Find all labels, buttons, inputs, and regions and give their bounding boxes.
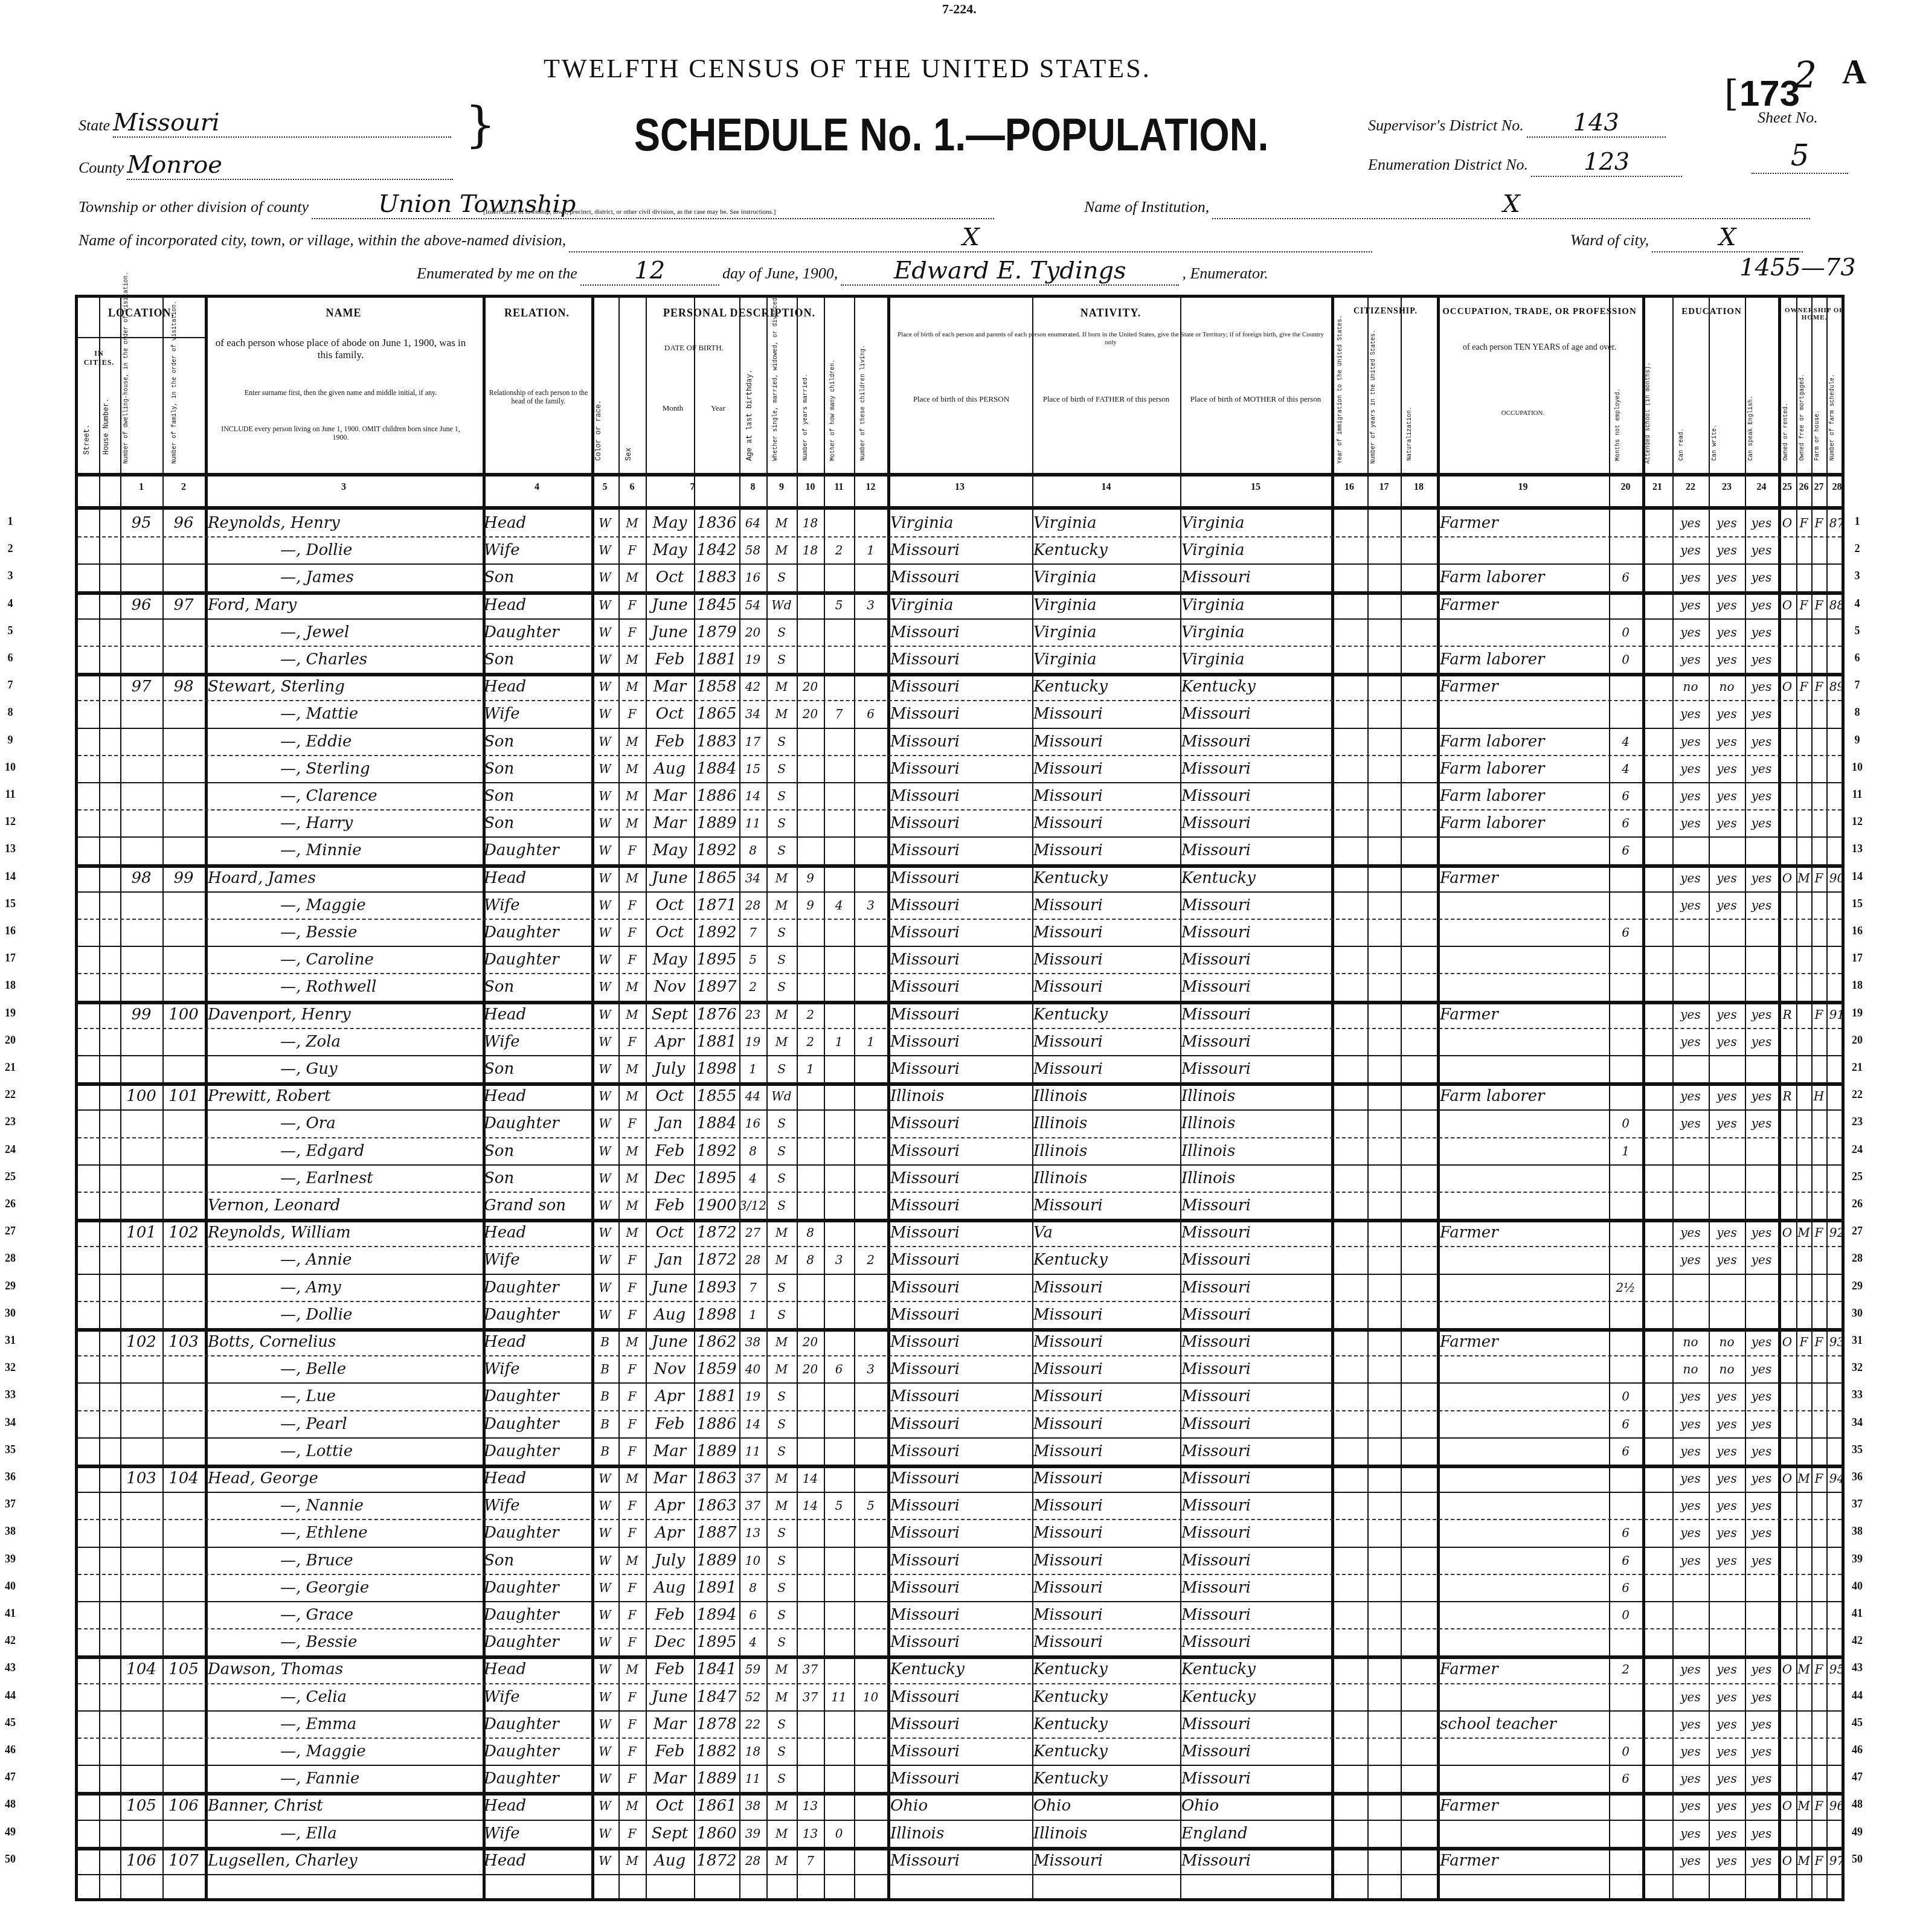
cell-bp-father: Missouri xyxy=(1033,728,1180,756)
cell-occupation: Farmer xyxy=(1440,1847,1609,1875)
census-table: LOCATION. IN CITIES. NAME of each person… xyxy=(75,295,1845,1901)
cell-marital: M xyxy=(766,1492,797,1520)
cell-relation: Son xyxy=(484,728,591,756)
cell-free xyxy=(1796,891,1811,919)
cell-school xyxy=(1642,1574,1672,1602)
cell-name: Ford, Mary xyxy=(208,591,483,619)
cell-relation: Daughter xyxy=(484,1274,591,1301)
cell-farm xyxy=(1811,1683,1826,1711)
cell-owned xyxy=(1778,919,1796,946)
cell-relation: Head xyxy=(484,1792,591,1820)
cell-school xyxy=(1642,1219,1672,1247)
cell-yrs-married: 20 xyxy=(797,673,824,701)
supervisor-district: Supervisor's District No. 143 xyxy=(1368,109,1666,138)
cell-bp-person: Virginia xyxy=(890,591,1032,619)
cell-free xyxy=(1796,1683,1811,1711)
cell-bp-person: Missouri xyxy=(890,1547,1032,1574)
row-number-left: 40 xyxy=(1,1572,19,1600)
cell-relation: Wife xyxy=(484,1028,591,1056)
cell-sex: F xyxy=(618,700,646,728)
cell-bp-father: Missouri xyxy=(1033,1601,1180,1629)
cell-bp-person: Missouri xyxy=(890,1492,1032,1520)
cell-bp-father: Illinois xyxy=(1033,1082,1180,1110)
cell-write: yes xyxy=(1709,1082,1745,1110)
cell-unemployed xyxy=(1609,1328,1642,1356)
cell-occupation: Farmer xyxy=(1440,1219,1609,1247)
cell-color: W xyxy=(591,536,618,564)
cell-english: yes xyxy=(1745,1738,1778,1765)
cell-free xyxy=(1796,1628,1811,1656)
cell-family xyxy=(162,973,205,1001)
cell-year: 1847 xyxy=(694,1683,739,1711)
cell-schedule xyxy=(1826,1765,1848,1792)
row-number-right: 3 xyxy=(1848,562,1866,589)
row-number-left: 43 xyxy=(1,1654,19,1681)
cell-living xyxy=(854,1628,887,1656)
cell-mother-of xyxy=(824,1301,854,1329)
cell-relation: Daughter xyxy=(484,946,591,974)
cell-mother-of xyxy=(824,646,854,673)
cell-read: yes xyxy=(1672,1547,1709,1574)
cell-read: yes xyxy=(1672,1410,1709,1438)
cell-farm: H xyxy=(1811,1082,1826,1110)
cell-occupation xyxy=(1440,1492,1609,1520)
cell-read: yes xyxy=(1672,1710,1709,1738)
cell-occupation xyxy=(1440,1301,1609,1329)
cell-family xyxy=(162,618,205,646)
cell-english xyxy=(1745,1055,1778,1083)
row-number-right: 41 xyxy=(1848,1599,1866,1627)
column-number: 10 xyxy=(797,482,824,493)
cell-farm xyxy=(1811,1109,1826,1137)
cell-year: 1859 xyxy=(694,1355,739,1383)
cell-living xyxy=(854,809,887,837)
row-number-left: 1 xyxy=(1,507,19,535)
cell-schedule xyxy=(1826,1109,1848,1137)
cell-bp-person: Missouri xyxy=(890,946,1032,974)
cell-family: 103 xyxy=(162,1328,205,1356)
cell-school xyxy=(1642,782,1672,810)
cell-yrs-married xyxy=(797,973,824,1001)
row-number-right: 34 xyxy=(1848,1408,1866,1436)
cell-marital: M xyxy=(766,1328,797,1356)
cell-schedule xyxy=(1826,1192,1848,1219)
cell-school xyxy=(1642,1301,1672,1329)
cell-family xyxy=(162,1246,205,1274)
cell-occupation xyxy=(1440,1109,1609,1137)
column-number: 3 xyxy=(205,482,483,493)
cell-dwelling xyxy=(120,809,162,837)
cell-unemployed xyxy=(1609,864,1642,892)
cell-age: 38 xyxy=(739,1792,766,1820)
cell-yrs-married: 2 xyxy=(797,1001,824,1029)
cell-read: yes xyxy=(1672,891,1709,919)
column-number: 9 xyxy=(766,482,797,493)
cell-marital: Wd xyxy=(766,1082,797,1110)
cell-marital: M xyxy=(766,1028,797,1056)
row-number-left: 37 xyxy=(1,1490,19,1518)
cell-english: yes xyxy=(1745,1246,1778,1274)
cell-color: W xyxy=(591,1683,618,1711)
cell-schedule xyxy=(1826,1437,1848,1465)
cell-read: yes xyxy=(1672,1001,1709,1029)
cell-age: 11 xyxy=(739,1765,766,1792)
cell-english: yes xyxy=(1745,1847,1778,1875)
cell-owned xyxy=(1778,891,1796,919)
cell-english xyxy=(1745,1192,1778,1219)
cell-free xyxy=(1796,1710,1811,1738)
cell-free: F xyxy=(1796,673,1811,701)
column-number: 26 xyxy=(1796,482,1811,493)
cell-year: 1876 xyxy=(694,1001,739,1029)
row-number-left: 45 xyxy=(1,1709,19,1736)
cell-relation: Head xyxy=(484,1847,591,1875)
cell-farm: F xyxy=(1811,509,1826,537)
enum-day: 12 xyxy=(580,257,719,286)
row-number-left: 3 xyxy=(1,562,19,589)
can-write-header: Can write. xyxy=(1712,394,1718,461)
cell-marital: S xyxy=(766,755,797,783)
cell-bp-mother: Missouri xyxy=(1181,700,1331,728)
cell-mother-of xyxy=(824,1792,854,1820)
cell-marital: S xyxy=(766,809,797,837)
cell-dwelling xyxy=(120,1301,162,1329)
cell-bp-mother: Missouri xyxy=(1181,1601,1331,1629)
cell-unemployed xyxy=(1609,1192,1642,1219)
citizenship-header: CITIZENSHIP. xyxy=(1334,307,1437,316)
cell-bp-mother: Kentucky xyxy=(1181,864,1331,892)
cell-yrs-married: 2 xyxy=(797,1028,824,1056)
cell-name: Dawson, Thomas xyxy=(208,1655,483,1683)
cell-unemployed xyxy=(1609,1492,1642,1520)
cell-age: 23 xyxy=(739,1001,766,1029)
cell-bp-father: Kentucky xyxy=(1033,1246,1180,1274)
cell-color: W xyxy=(591,673,618,701)
row-number-left: 9 xyxy=(1,726,19,754)
relation-header: RELATION. xyxy=(483,307,591,319)
cell-sex: M xyxy=(618,1465,646,1492)
cell-farm xyxy=(1811,1246,1826,1274)
cell-farm: F xyxy=(1811,864,1826,892)
cell-school xyxy=(1642,1382,1672,1410)
cell-dwelling xyxy=(120,919,162,946)
cell-school xyxy=(1642,1765,1672,1792)
cell-living xyxy=(854,673,887,701)
cell-farm xyxy=(1811,1437,1826,1465)
cell-year: 1898 xyxy=(694,1301,739,1329)
cell-yrs-married: 8 xyxy=(797,1246,824,1274)
cell-sex: M xyxy=(618,1847,646,1875)
cell-month: Mar xyxy=(646,809,694,837)
cell-color: W xyxy=(591,1137,618,1165)
cell-month: Dec xyxy=(646,1628,694,1656)
cell-farm xyxy=(1811,1055,1826,1083)
cell-family: 104 xyxy=(162,1465,205,1492)
cell-month: Mar xyxy=(646,1765,694,1792)
cell-bp-person: Missouri xyxy=(890,1765,1032,1792)
cell-farm xyxy=(1811,728,1826,756)
cell-year: 1881 xyxy=(694,1382,739,1410)
cell-bp-person: Missouri xyxy=(890,1601,1032,1629)
cell-free xyxy=(1796,1382,1811,1410)
cell-write xyxy=(1709,919,1745,946)
schedule-title: SCHEDULE No. 1.—POPULATION. xyxy=(634,109,1268,161)
cell-yrs-married xyxy=(797,1710,824,1738)
cell-english: yes xyxy=(1745,536,1778,564)
cell-relation: Head xyxy=(484,1328,591,1356)
cell-sex: M xyxy=(618,646,646,673)
cell-read xyxy=(1672,1601,1709,1629)
cell-marital: M xyxy=(766,1792,797,1820)
cell-color: W xyxy=(591,755,618,783)
cell-write xyxy=(1709,1601,1745,1629)
cell-occupation xyxy=(1440,1820,1609,1847)
cell-yrs-married xyxy=(797,591,824,619)
cell-owned xyxy=(1778,618,1796,646)
cell-relation: Wife xyxy=(484,1683,591,1711)
cell-write: no xyxy=(1709,1355,1745,1383)
cell-bp-mother: Illinois xyxy=(1181,1164,1331,1192)
cell-bp-person: Missouri xyxy=(890,1219,1032,1247)
cell-dwelling xyxy=(120,1437,162,1465)
cell-owned xyxy=(1778,1710,1796,1738)
cell-owned: O xyxy=(1778,1328,1796,1356)
cell-family xyxy=(162,1601,205,1629)
cell-mother-of xyxy=(824,618,854,646)
cell-schedule: 97 xyxy=(1826,1847,1848,1875)
cell-schedule xyxy=(1826,1519,1848,1547)
cell-relation: Wife xyxy=(484,700,591,728)
cell-schedule xyxy=(1826,973,1848,1001)
cell-marital: S xyxy=(766,919,797,946)
cell-occupation xyxy=(1440,946,1609,974)
cell-relation: Son xyxy=(484,1547,591,1574)
cell-month: Apr xyxy=(646,1519,694,1547)
cell-occupation xyxy=(1440,1465,1609,1492)
cell-bp-father: Missouri xyxy=(1033,1847,1180,1875)
cell-farm xyxy=(1811,700,1826,728)
cell-family: 107 xyxy=(162,1847,205,1875)
cell-farm: F xyxy=(1811,1328,1826,1356)
cell-owned xyxy=(1778,1355,1796,1383)
cell-year: 1872 xyxy=(694,1847,739,1875)
cell-free xyxy=(1796,1192,1811,1219)
cell-owned xyxy=(1778,1547,1796,1574)
cell-bp-father: Kentucky xyxy=(1033,673,1180,701)
cell-marital: S xyxy=(766,1601,797,1629)
cell-age: 8 xyxy=(739,1574,766,1602)
cell-age: 34 xyxy=(739,700,766,728)
cell-read: yes xyxy=(1672,1082,1709,1110)
cell-month: May xyxy=(646,946,694,974)
cell-bp-father: Virginia xyxy=(1033,509,1180,537)
cell-year: 1886 xyxy=(694,782,739,810)
cell-relation: Wife xyxy=(484,1246,591,1274)
cell-sex: F xyxy=(618,536,646,564)
cell-marital: S xyxy=(766,1274,797,1301)
cell-free xyxy=(1796,1301,1811,1329)
cell-mother-of xyxy=(824,1738,854,1765)
cell-unemployed xyxy=(1609,1082,1642,1110)
cell-english xyxy=(1745,1601,1778,1629)
cell-write xyxy=(1709,836,1745,864)
cell-bp-person: Missouri xyxy=(890,700,1032,728)
cell-bp-person: Missouri xyxy=(890,1847,1032,1875)
cell-english xyxy=(1745,1274,1778,1301)
cell-mother-of xyxy=(824,1274,854,1301)
cell-color: B xyxy=(591,1437,618,1465)
cell-school xyxy=(1642,1192,1672,1219)
cell-mother-of xyxy=(824,919,854,946)
cell-free xyxy=(1796,973,1811,1001)
cell-unemployed xyxy=(1609,973,1642,1001)
cell-sex: M xyxy=(618,809,646,837)
cell-english: yes xyxy=(1745,1382,1778,1410)
cell-sex: F xyxy=(618,1519,646,1547)
cell-occupation xyxy=(1440,1192,1609,1219)
cell-yrs-married xyxy=(797,919,824,946)
cell-schedule xyxy=(1826,1055,1848,1083)
cell-age: 1 xyxy=(739,1055,766,1083)
cell-dwelling xyxy=(120,1765,162,1792)
cell-living xyxy=(854,1601,887,1629)
cell-month: June xyxy=(646,1328,694,1356)
cell-schedule xyxy=(1826,1574,1848,1602)
cell-relation: Head xyxy=(484,1655,591,1683)
cell-bp-person: Missouri xyxy=(890,1574,1032,1602)
row-number-right: 35 xyxy=(1848,1436,1866,1463)
row-number-right: 4 xyxy=(1848,589,1866,617)
cell-month: Nov xyxy=(646,1355,694,1383)
marital-header: Whether single, married, widowed, or div… xyxy=(772,340,779,461)
handwritten-mark: 2 xyxy=(1794,54,1817,97)
cell-farm: F xyxy=(1811,1219,1826,1247)
column-number: 28 xyxy=(1826,482,1848,493)
cell-mother-of xyxy=(824,563,854,591)
cell-free xyxy=(1796,728,1811,756)
cell-age: 58 xyxy=(739,536,766,564)
row-number-left: 35 xyxy=(1,1436,19,1463)
cell-living xyxy=(854,1710,887,1738)
cell-dwelling: 103 xyxy=(120,1465,162,1492)
cell-yrs-married xyxy=(797,563,824,591)
cell-year: 1889 xyxy=(694,1437,739,1465)
cell-unemployed: 0 xyxy=(1609,1382,1642,1410)
cell-english: yes xyxy=(1745,1765,1778,1792)
cell-english: yes xyxy=(1745,1465,1778,1492)
cell-living xyxy=(854,1109,887,1137)
cell-write: yes xyxy=(1709,700,1745,728)
row-number-left: 29 xyxy=(1,1272,19,1300)
cell-read: yes xyxy=(1672,1109,1709,1137)
cell-month: June xyxy=(646,1274,694,1301)
cell-month: Mar xyxy=(646,782,694,810)
cell-bp-person: Missouri xyxy=(890,1192,1032,1219)
cell-yrs-married xyxy=(797,1519,824,1547)
state-value: Missouri xyxy=(113,109,451,138)
cell-month: Jan xyxy=(646,1109,694,1137)
cell-yrs-married xyxy=(797,1437,824,1465)
cell-bp-person: Missouri xyxy=(890,1246,1032,1274)
cell-free xyxy=(1796,836,1811,864)
cell-free: F xyxy=(1796,1328,1811,1356)
cell-year: 1893 xyxy=(694,1274,739,1301)
cell-yrs-married xyxy=(797,782,824,810)
film-note: 1455—73 xyxy=(1739,254,1856,281)
cell-read: yes xyxy=(1672,646,1709,673)
row-number-right: 9 xyxy=(1848,726,1866,754)
age-header: Age at last birthday. xyxy=(745,340,754,461)
cell-schedule xyxy=(1826,1628,1848,1656)
cell-write: no xyxy=(1709,673,1745,701)
stamp-number: 173 xyxy=(1739,72,1800,114)
cell-color: W xyxy=(591,1082,618,1110)
cell-bp-father: Kentucky xyxy=(1033,1738,1180,1765)
city-value: X xyxy=(569,223,1372,252)
cell-occupation xyxy=(1440,1437,1609,1465)
cell-sex: F xyxy=(618,1028,646,1056)
ownership-header: OWNERSHIP OF HOME. xyxy=(1781,307,1848,321)
cell-bp-mother: Kentucky xyxy=(1181,1683,1331,1711)
row-number-right: 18 xyxy=(1848,971,1866,999)
cell-unemployed: 4 xyxy=(1609,728,1642,756)
cell-occupation xyxy=(1440,1382,1609,1410)
column-number: 18 xyxy=(1401,482,1437,493)
form-number: 7-224. xyxy=(942,1,977,17)
cell-mother-of xyxy=(824,1547,854,1574)
cell-school xyxy=(1642,1792,1672,1820)
cell-month: Oct xyxy=(646,1082,694,1110)
cell-occupation: Farm laborer xyxy=(1440,755,1609,783)
cell-marital: S xyxy=(766,946,797,974)
cell-living xyxy=(854,728,887,756)
cell-bp-mother: Missouri xyxy=(1181,891,1331,919)
cell-bp-father: Kentucky xyxy=(1033,1710,1180,1738)
owned-free-header: Owned free or mortgaged. xyxy=(1799,334,1806,461)
cell-school xyxy=(1642,1628,1672,1656)
cell-marital: M xyxy=(766,1219,797,1247)
cell-dwelling xyxy=(120,1710,162,1738)
cell-unemployed xyxy=(1609,673,1642,701)
cell-english xyxy=(1745,1164,1778,1192)
cell-family: 101 xyxy=(162,1082,205,1110)
cell-family xyxy=(162,1410,205,1438)
cell-relation: Daughter xyxy=(484,1109,591,1137)
cell-month: Mar xyxy=(646,673,694,701)
cell-owned: O xyxy=(1778,1219,1796,1247)
cell-write xyxy=(1709,1137,1745,1165)
cell-english: yes xyxy=(1745,1437,1778,1465)
cell-write: yes xyxy=(1709,728,1745,756)
cell-family xyxy=(162,646,205,673)
cell-yrs-married: 9 xyxy=(797,864,824,892)
cell-school xyxy=(1642,836,1672,864)
cell-occupation: Farm laborer xyxy=(1440,563,1609,591)
column-number: 27 xyxy=(1811,482,1826,493)
cell-marital: S xyxy=(766,1164,797,1192)
cell-dwelling: 95 xyxy=(120,509,162,537)
cell-age: 28 xyxy=(739,1246,766,1274)
cell-schedule xyxy=(1826,1164,1848,1192)
cell-bp-person: Illinois xyxy=(890,1820,1032,1847)
cell-mother-of: 6 xyxy=(824,1355,854,1383)
cell-sex: M xyxy=(618,673,646,701)
cell-unemployed: 0 xyxy=(1609,646,1642,673)
cell-marital: S xyxy=(766,1382,797,1410)
cell-school xyxy=(1642,618,1672,646)
cell-mother-of xyxy=(824,1410,854,1438)
cell-read: yes xyxy=(1672,1792,1709,1820)
